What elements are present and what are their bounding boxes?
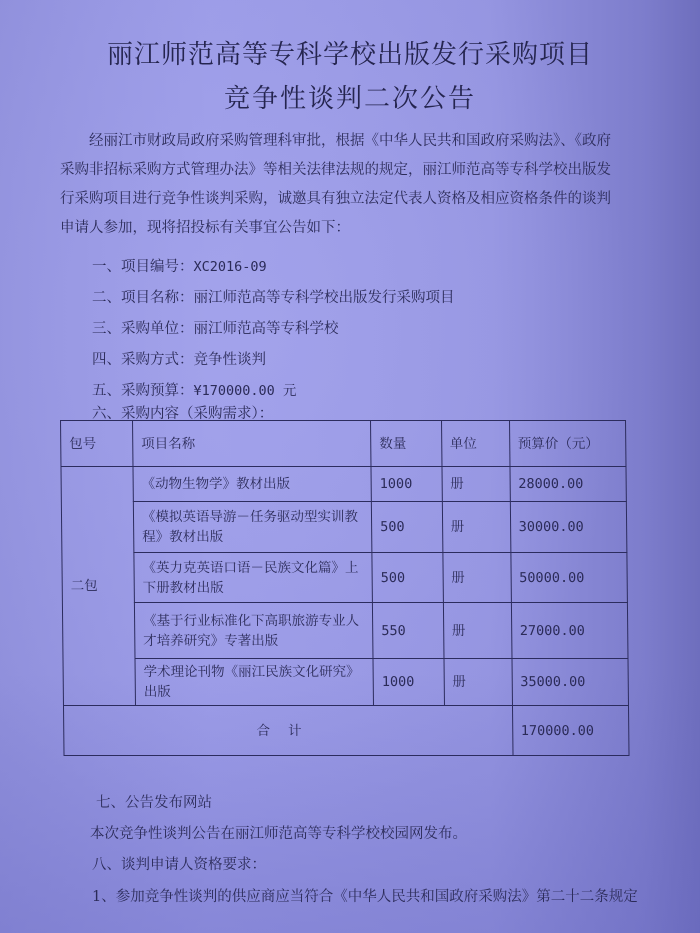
item-project-name: 二、项目名称：丽江师范高等专科学校出版发行采购项目 (92, 286, 455, 307)
header-unit: 单位 (441, 421, 510, 467)
cell-unit: 册 (444, 659, 513, 706)
item-value: XC2016-09 (194, 259, 267, 275)
table-row: 学术理论刊物《丽江民族文化研究》出版 1000 册 35000.00 (63, 659, 628, 706)
cell-price: 35000.00 (512, 659, 629, 706)
cell-qty: 1000 (371, 467, 442, 502)
document-title: 丽江师范高等专科学校出版发行采购项目 (0, 34, 700, 71)
header-name: 项目名称 (132, 421, 371, 467)
item-label: 一、项目编号： (92, 259, 194, 275)
item-value: 竞争性谈判 (194, 352, 267, 368)
procurement-table: 包号 项目名称 数量 单位 预算价（元） 二包 《动物生物学》教材出版 1000… (60, 420, 630, 756)
table-row: 《基于行业标准化下高职旅游专业人才培养研究》专著出版 550 册 27000.0… (62, 603, 628, 659)
section8-heading: 八、谈判申请人资格要求： (92, 853, 266, 874)
document-subtitle: 竞争性谈判二次公告 (0, 78, 700, 115)
section7-text: 本次竞争性谈判公告在丽江师范高等专科学校校园网发布。 (90, 822, 467, 843)
item-value: 丽江师范高等专科学校出版发行采购项目 (194, 290, 455, 306)
cell-name: 《动物生物学》教材出版 (133, 467, 372, 502)
header-qty: 数量 (371, 421, 442, 467)
item-budget: 五、采购预算：¥170000.00 元 (92, 379, 296, 400)
cell-name: 学术理论刊物《丽江民族文化研究》出版 (135, 659, 374, 706)
package-cell: 二包 (61, 467, 135, 706)
cell-price: 28000.00 (510, 467, 627, 502)
total-value: 170000.00 (512, 706, 629, 756)
cell-unit: 册 (442, 502, 511, 553)
intro-paragraph: 经丽江市财政局政府采购管理科审批，根据《中华人民共和国政府采购法》、《政府采购非… (60, 127, 620, 243)
item-purchasing-method: 四、采购方式：竞争性谈判 (92, 348, 266, 369)
item-purchasing-unit: 三、采购单位：丽江师范高等专科学校 (92, 317, 339, 338)
cell-name: 《模拟英语导游－任务驱动型实训教程》教材出版 (133, 502, 372, 553)
section7-heading: 七、公告发布网站 (96, 791, 212, 812)
item-project-number: 一、项目编号：XC2016-09 (92, 255, 267, 276)
item-value: 丽江师范高等专科学校 (194, 321, 339, 337)
total-row: 合计 170000.00 (63, 706, 629, 756)
table-row: 《模拟英语导游－任务驱动型实训教程》教材出版 500 册 30000.00 (61, 502, 627, 553)
cell-qty: 1000 (373, 659, 444, 706)
cell-unit: 册 (442, 553, 511, 603)
total-label: 合计 (63, 706, 512, 756)
cell-price: 27000.00 (511, 603, 628, 659)
table-header-row: 包号 项目名称 数量 单位 预算价（元） (61, 421, 626, 467)
table-row: 二包 《动物生物学》教材出版 1000 册 28000.00 (61, 467, 626, 502)
item-label: 三、采购单位： (92, 321, 194, 337)
item-label: 二、项目名称： (92, 290, 194, 306)
item-value: ¥170000.00 元 (194, 383, 297, 399)
cell-qty: 500 (371, 502, 442, 553)
section8-item1: 1、参加竞争性谈判的供应商应当符合《中华人民共和国政府采购法》第二十二条规定 (92, 885, 638, 906)
cell-qty: 500 (372, 553, 443, 603)
cell-name: 《基于行业标准化下高职旅游专业人才培养研究》专著出版 (134, 603, 373, 659)
item-label: 四、采购方式： (92, 352, 194, 368)
cell-qty: 550 (373, 603, 444, 659)
cell-price: 50000.00 (510, 553, 627, 603)
cell-price: 30000.00 (510, 502, 627, 553)
cell-name: 《英力克英语口语－民族文化篇》上下册教材出版 (134, 553, 373, 603)
item-label: 五、采购预算： (92, 383, 194, 399)
header-package: 包号 (61, 421, 133, 467)
cell-unit: 册 (442, 467, 510, 502)
cell-unit: 册 (443, 603, 512, 659)
header-price: 预算价（元） (509, 421, 626, 467)
table-row: 《英力克英语口语－民族文化篇》上下册教材出版 500 册 50000.00 (62, 553, 628, 603)
